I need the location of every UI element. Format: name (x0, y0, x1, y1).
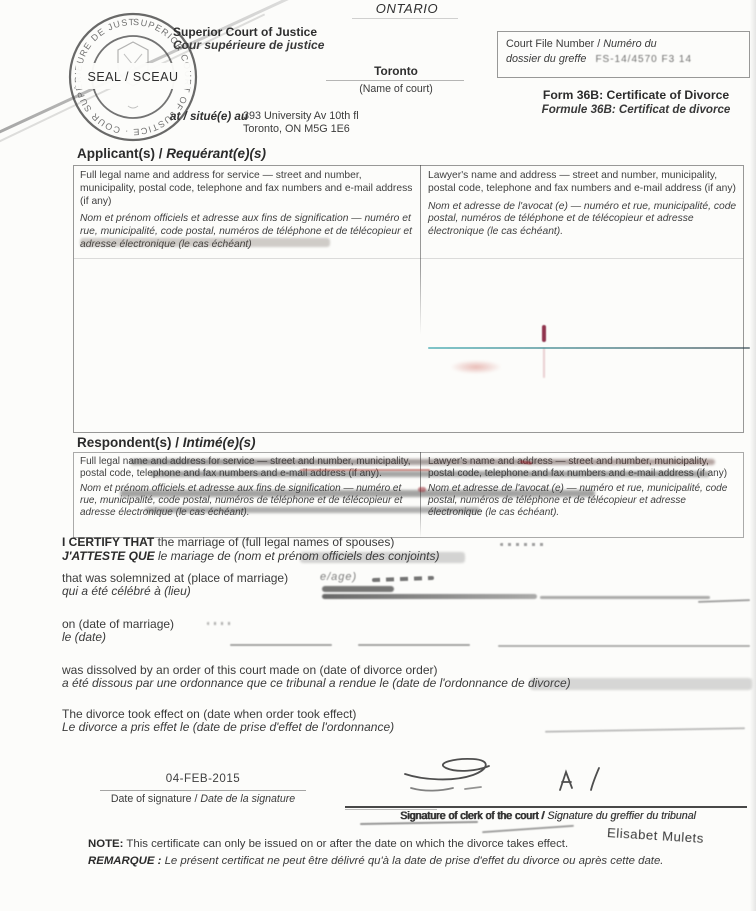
court-address-line1: 393 University Av 10th fl (243, 110, 359, 123)
redaction-bar (322, 594, 537, 599)
applicant-heading-fr: Requérant(e)(s) (166, 146, 266, 161)
scan-edge-smear (750, 0, 756, 911)
signature-clerk-label: Signature of clerk of the court / Signat… (348, 810, 748, 822)
court-name-en: Superior Court of Justice (173, 25, 317, 39)
redaction-line (358, 644, 470, 646)
court-address-line2: Toronto, ON M5G 1E6 (243, 123, 359, 136)
respondent-party-instruction-fr: Nom et prénom officiels et adresse aux f… (80, 483, 414, 519)
clerk-signature-scribble (395, 738, 705, 810)
footer-note-text: This certificate can only be issued on o… (123, 838, 568, 850)
redaction-line (545, 727, 745, 732)
footer-note-fr: REMARQUE : Le présent certificat ne peut… (88, 855, 663, 867)
signature-date-label: Date of signature / Date de la signature (84, 793, 322, 805)
signature-date-label-en: Date of signature / (111, 793, 201, 805)
pink-smudge (450, 360, 502, 374)
court-location-underline (326, 80, 464, 81)
signature-date-label-fr: Date de la signature (200, 793, 295, 805)
certify-lead-fr: J'ATTESTE QUE (62, 549, 155, 563)
respondent-heading-en: Respondent(s) (77, 435, 172, 450)
court-file-number-box: Court File Number / Numéro du dossier du… (497, 31, 750, 78)
province-title: ONTARIO (355, 1, 459, 16)
applicant-box-divider (420, 165, 421, 335)
redaction-smudge (530, 678, 752, 690)
applicant-lawyer-instruction-en: Lawyer's name and address — street and n… (428, 170, 738, 196)
seal-band-label: SEAL / SCEAU (88, 70, 179, 84)
redaction-smudge (130, 459, 715, 465)
redaction-smudge (150, 471, 710, 477)
scan-artifact-dots (500, 543, 546, 546)
respondent-lawyer-instruction-fr: Nom et adresse de l'avocat (e) — numéro … (428, 483, 736, 519)
certify-line-en: I CERTIFY THAT the marriage of (full leg… (62, 536, 394, 550)
court-address-label: at / situé(e) au (170, 110, 248, 123)
signature-clerk-label-fr: Signature du greffier du tribunal (547, 810, 695, 822)
court-file-number-label-line1: Court File Number / Numéro du (506, 37, 741, 52)
signature-date-value: 04-FEB-2015 (103, 772, 303, 785)
footer-note-lead: NOTE: (88, 838, 123, 850)
divorce-certificate-page: ONTARIO SUPERIOR COURT OF JUSTICE · COUR… (0, 0, 756, 911)
red-ink-mark (542, 325, 546, 342)
applicant-instruction-separator (74, 258, 743, 259)
redaction-scribble (372, 576, 434, 582)
redaction-smudge (120, 490, 595, 497)
redaction-underline (482, 825, 574, 833)
form-title-en: Form 36B: Certificate of Divorce (518, 88, 754, 103)
respondent-heading-fr: Intimé(e)(s) (183, 435, 256, 450)
red-ink-streak (543, 348, 545, 378)
clerk-name: Elisabet Mulets (607, 825, 705, 846)
court-location: Toronto (330, 64, 462, 78)
applicant-heading-en: Applicant(s) (77, 146, 155, 161)
court-file-number-label-en: Court File Number / (506, 38, 603, 50)
court-name-fr: Cour supérieure de justice (173, 38, 324, 52)
name-of-court-caption: (Name of court) (330, 83, 462, 95)
red-ink-mark (418, 487, 426, 492)
applicant-party-instruction-en: Full legal name and address for service … (80, 170, 414, 208)
certify-lead-en: I CERTIFY THAT (62, 535, 154, 549)
respondent-heading: Respondent(s) / Intimé(e)(s) (77, 435, 256, 450)
applicant-lawyer-instruction-fr: Nom et adresse de l'avocat (e) — numéro … (428, 201, 738, 239)
redaction-bar (322, 586, 394, 592)
court-file-number-value: FS-14/4570 F3 14 (595, 54, 692, 65)
redaction-smudge (145, 507, 480, 513)
marriage-date-line-fr: le (date) (62, 631, 106, 645)
dissolved-line-fr: a été dissous par une ordonnance que ce … (62, 677, 571, 691)
solemnized-ghost-text: e/age) (320, 571, 357, 583)
redaction-bar (540, 596, 710, 599)
signature-line (345, 806, 747, 808)
red-ink-underline (300, 469, 430, 471)
redaction-line (230, 644, 332, 646)
form-title-fr: Formule 36B: Certificat de divorce (518, 103, 754, 117)
applicant-lawyer-instructions: Lawyer's name and address — street and n… (428, 170, 738, 244)
teal-scan-line (428, 347, 750, 349)
applicant-heading-sep: / (155, 146, 166, 161)
respondent-heading-sep: / (172, 435, 183, 450)
court-address: 393 University Av 10th fl Toronto, ON M5… (243, 110, 359, 136)
signature-date-line (100, 790, 306, 791)
footer-remarque-text: Le présent certificat ne peut être déliv… (161, 855, 663, 867)
footer-note-en: NOTE: This certificate can only be issue… (88, 838, 568, 850)
province-underline (352, 18, 458, 19)
redaction-line (498, 645, 750, 647)
court-file-number-label-fr1: Numéro du (603, 38, 656, 50)
form-title-block: Form 36B: Certificate of Divorce Formule… (518, 88, 754, 117)
redaction-bar (698, 599, 750, 603)
certify-rest-en: the marriage of (full legal names of spo… (154, 535, 394, 549)
scan-artifact-dots (207, 622, 235, 625)
court-file-number-label-line2: dossier du greffe FS-14/4570 F3 14 (506, 52, 741, 67)
solemnized-line-fr: qui a été célébré à (lieu) (62, 585, 191, 599)
effect-line-fr: Le divorce a pris effet le (date de pris… (62, 721, 394, 735)
redaction-smudge (300, 552, 465, 563)
footer-remarque-lead: REMARQUE : (88, 855, 161, 867)
applicant-heading: Applicant(s) / Requérant(e)(s) (77, 146, 266, 161)
court-file-number-label-fr2: dossier du greffe (506, 53, 586, 65)
redaction-smudge (80, 238, 330, 247)
